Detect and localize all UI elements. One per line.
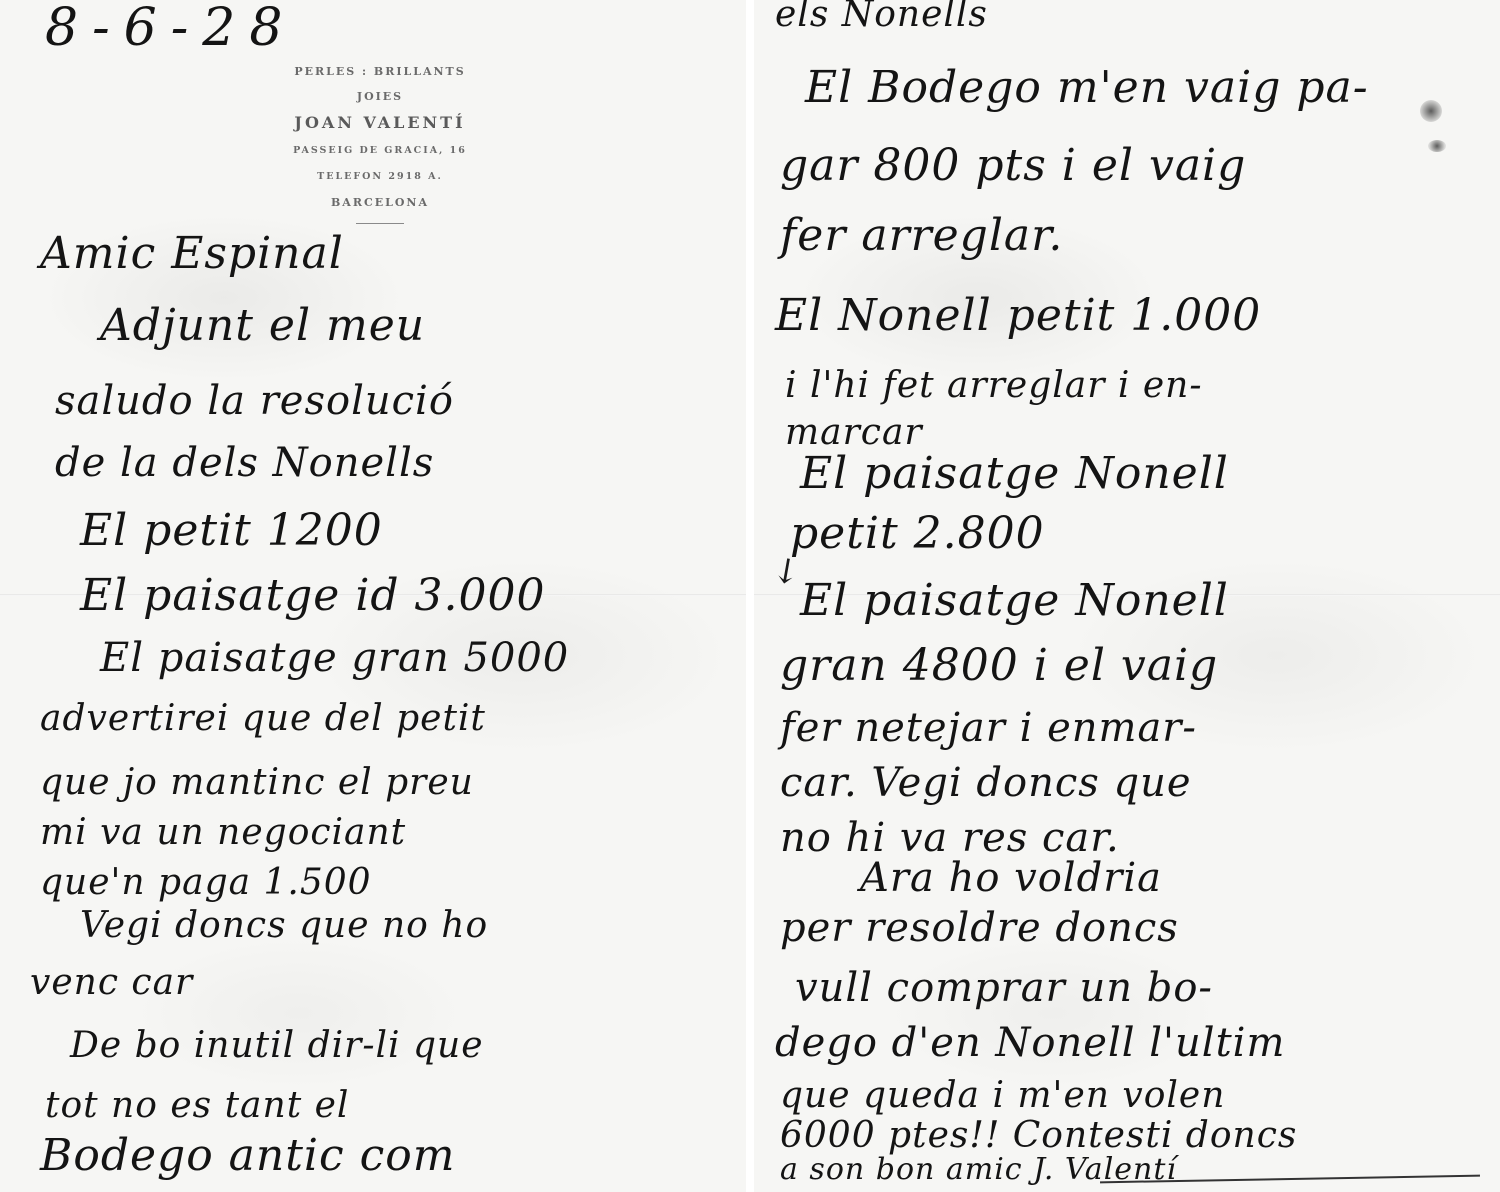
letter-line: mi va un negociant [40,812,406,853]
letter-line: i l'hi fet arreglar i en- [785,365,1203,406]
letterhead-address: PASSEIG DE GRACIA, 16 [230,146,530,156]
letter-line: petit 2.800 [790,508,1045,559]
letter-line: El paisatge gran 5000 [100,635,569,681]
letterhead-divider [356,223,404,224]
letter-line: gran 4800 i el vaig [780,640,1218,691]
letterhead-business-name: JOAN VALENTÍ [230,115,530,131]
letter-line: El paisatge Nonell [800,448,1229,499]
letter-line: els Nonells [775,0,988,35]
letter-line: El paisatge Nonell [800,575,1229,626]
letter-line: Bodego antic com [40,1130,455,1181]
letter-line: venc car [30,962,193,1003]
page-gutter [746,0,754,1192]
letterhead: PERLES : BRILLANTS JOIES JOAN VALENTÍ PA… [230,66,530,224]
letterhead-tagline: PERLES : BRILLANTS [230,66,530,77]
letter-line: tot no es tant el [45,1085,349,1126]
letter-line: Ara ho voldria [860,855,1162,901]
letter-line: car. Vegi doncs que [780,760,1192,806]
letter-line: El Nonell petit 1.000 [775,290,1261,341]
letter-line: De bo inutil dir-li que [70,1025,484,1066]
letter-line: gar 800 pts i el vaig [780,140,1246,191]
letter-line: El Bodego m'en vaig pa- [805,62,1369,113]
letter-line: marcar [785,412,923,453]
letter-line: que jo mantinc el preu [40,762,474,803]
letter-line: El petit 1200 [80,505,383,556]
ink-blot [1420,100,1442,122]
ink-blot [1428,140,1446,152]
letter-line: fer arreglar. [780,210,1063,261]
letterhead-city: BARCELONA [230,197,530,208]
letter-date: 8-6-28 [45,0,296,58]
letter-page-left: 8-6-28 PERLES : BRILLANTS JOIES JOAN VAL… [0,0,746,1192]
letterhead-joies: JOIES [230,91,530,102]
letter-line: que'n paga 1.500 [40,862,372,903]
letterhead-telephone: TELEFON 2918 A. [230,172,530,182]
letter-line: dego d'en Nonell l'ultim [775,1020,1285,1066]
letter-line: El paisatge id 3.000 [80,570,546,621]
letter-line: fer netejar i enmar- [780,705,1197,751]
letter-line: Vegi doncs que no ho [80,905,488,946]
letter-line: 6000 ptes!! Contesti doncs [780,1115,1297,1156]
letter-line: Adjunt el meu [100,300,425,351]
letter-line: advertirei que del petit [40,698,486,739]
letter-line: saludo la resolució [55,378,454,424]
letter-line: de la dels Nonells [55,440,434,486]
letter-line: que queda i m'en volen [780,1075,1225,1116]
salutation: Amic Espinal [40,228,344,279]
letter-line: vull comprar un bo- [795,965,1213,1011]
letter-line: per resoldre doncs [780,905,1179,951]
